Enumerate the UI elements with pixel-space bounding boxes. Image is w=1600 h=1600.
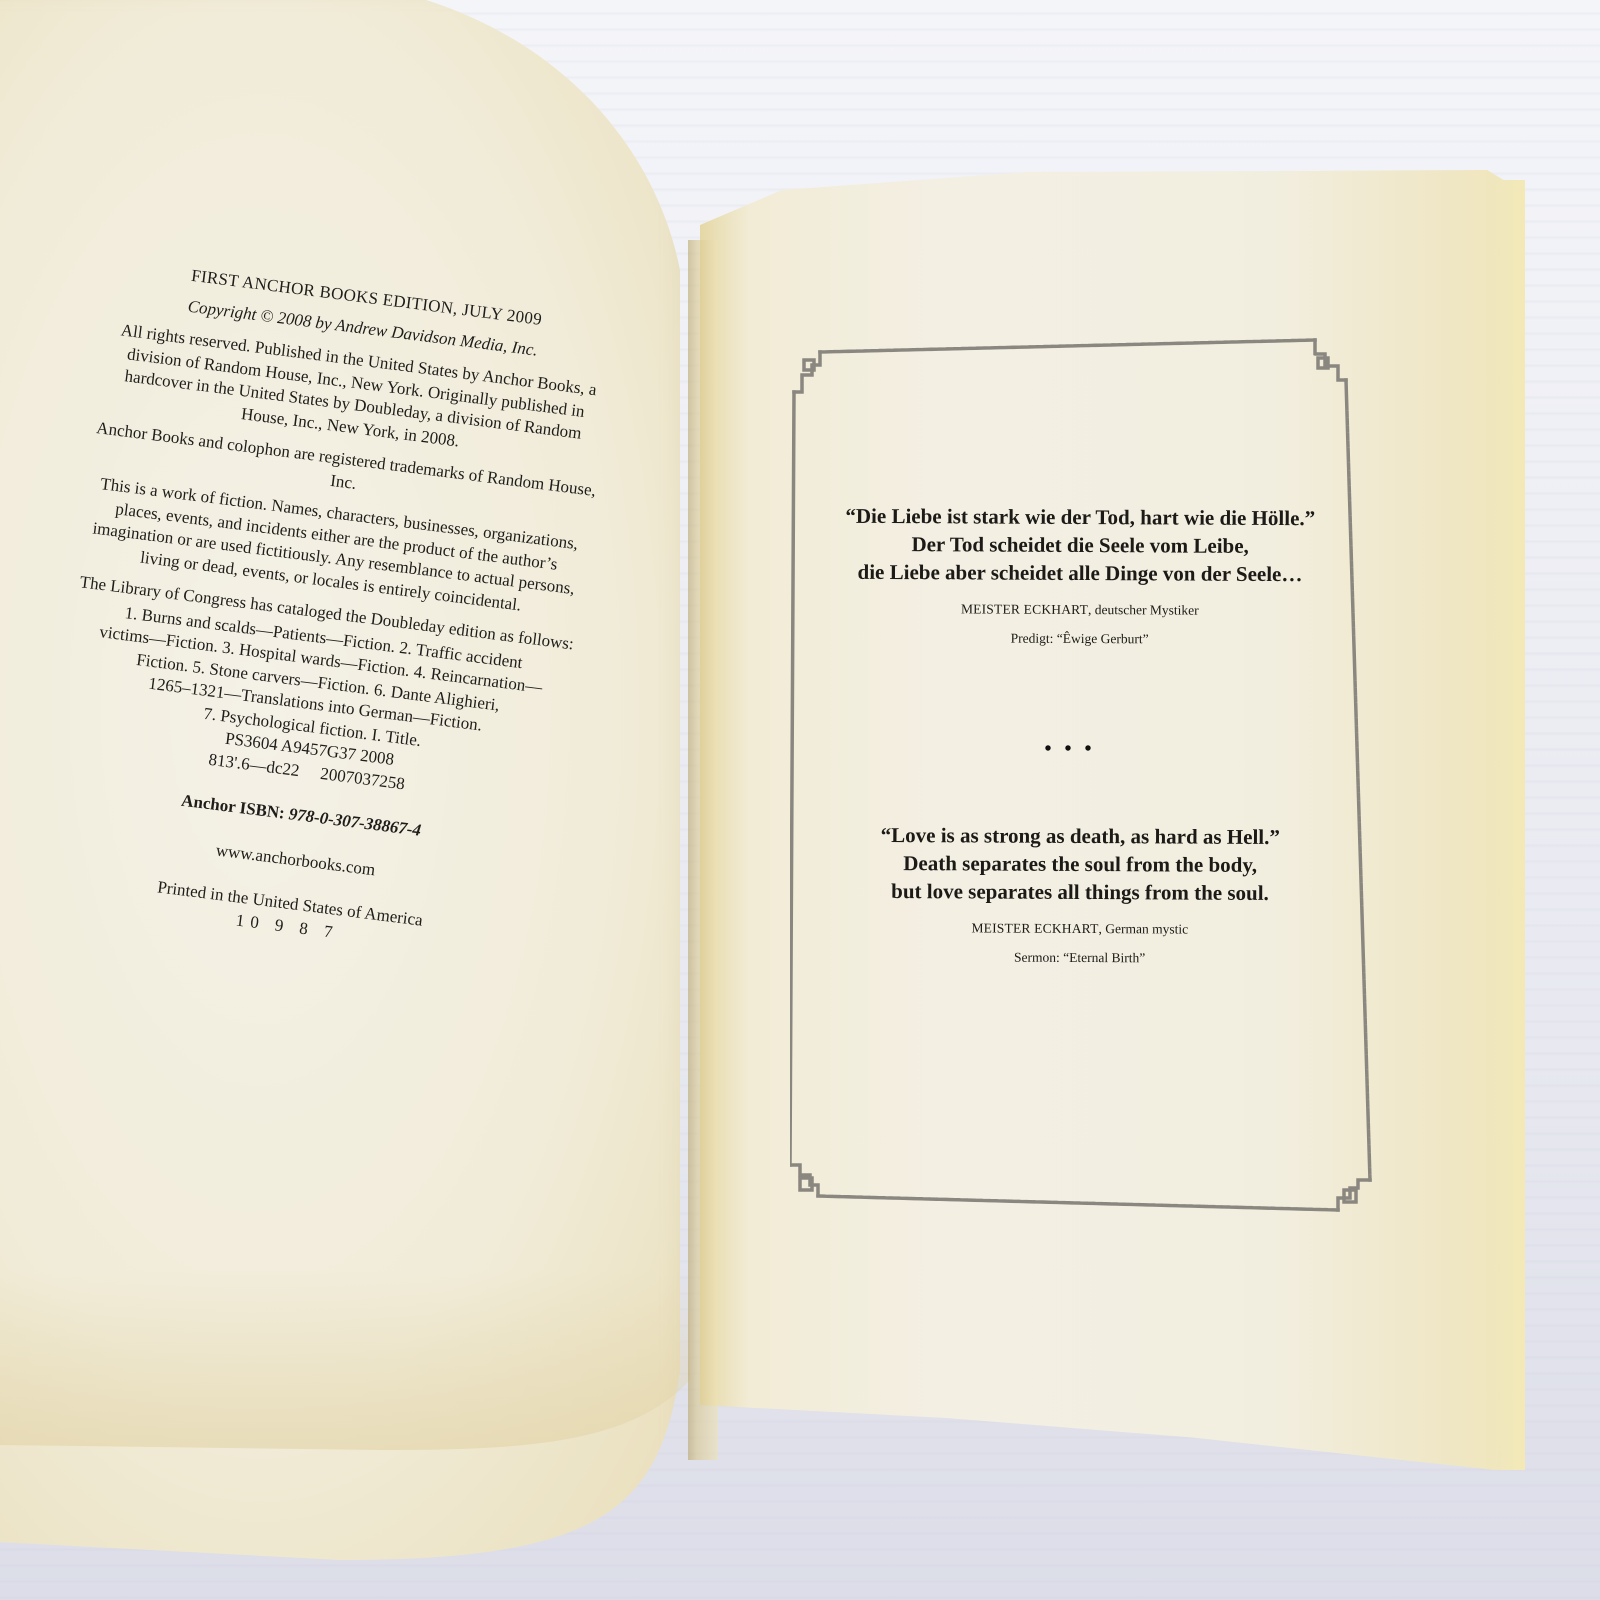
epigraph-line: “Love is as strong as death, as hard as … — [810, 821, 1350, 852]
epigraph-line: “Die Liebe ist stark wie der Tod, hart w… — [810, 502, 1350, 533]
decorative-border-frame — [790, 330, 1380, 1230]
author-name: MEISTER ECKHART — [971, 920, 1098, 936]
epigraph-source: Predigt: “Êwige Gerburt” — [810, 630, 1350, 649]
isbn-value: 978-0-307-38867-4 — [288, 804, 422, 840]
epigraph-line: Death separates the soul from the body, — [810, 849, 1350, 880]
book-gutter — [688, 240, 718, 1460]
epigraph-german: “Die Liebe ist stark wie der Tod, hart w… — [810, 502, 1351, 649]
copyright-page: FIRST ANCHOR BOOKS EDITION, JULY 2009 Co… — [32, 255, 621, 980]
epigraph-line: die Liebe aber scheidet alle Dinge von d… — [810, 558, 1350, 589]
author-name: MEISTER ECKHART — [961, 601, 1088, 617]
section-ornament: • • • — [1020, 738, 1120, 761]
epigraph-attribution: MEISTER ECKHART, German mystic — [810, 919, 1350, 940]
epigraph-source: Sermon: “Eternal Birth” — [810, 949, 1350, 968]
epigraph-attribution: MEISTER ECKHART, deutscher Mystiker — [810, 600, 1350, 621]
author-description: , German mystic — [1099, 921, 1189, 936]
epigraph-english: “Love is as strong as death, as hard as … — [810, 821, 1351, 968]
author-description: , deutscher Mystiker — [1088, 602, 1199, 618]
isbn-label: Anchor ISBN: — [180, 791, 286, 823]
epigraph-line: but love separates all things from the s… — [810, 877, 1350, 908]
epigraph-line: Der Tod scheidet die Seele vom Leibe, — [810, 530, 1350, 561]
